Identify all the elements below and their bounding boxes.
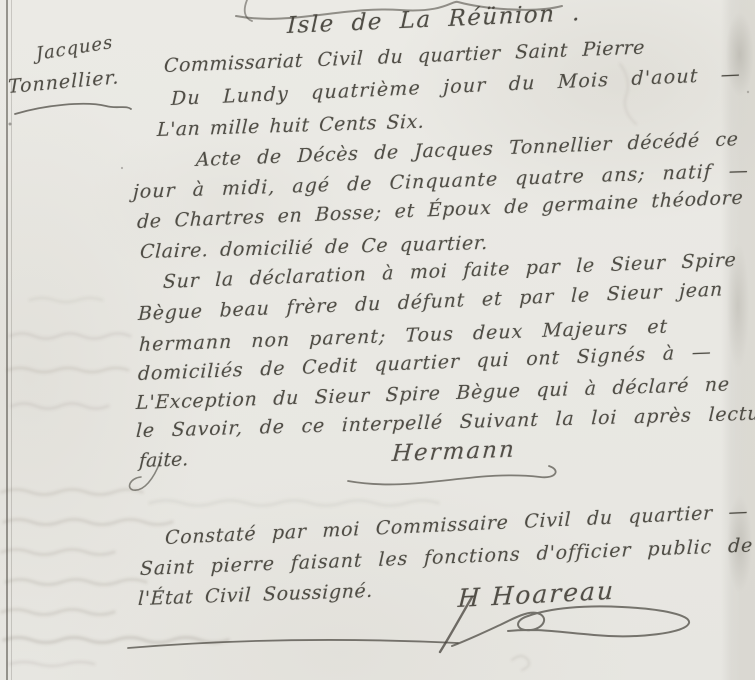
margin-underline-flourish [15, 104, 131, 114]
page-binding-edge [6, 0, 8, 680]
official-signature-paraph-loop [452, 606, 689, 646]
record-line: Claire. domicilié de Ce quartier. [140, 232, 489, 263]
bleed-through-squiggle [12, 404, 108, 409]
bleed-through-squiggle [6, 580, 146, 585]
official-signature: H Hoareau [457, 576, 616, 613]
bleed-through-squiggle [30, 298, 102, 302]
page-torn-edge [721, 0, 755, 680]
top-cut-flourish-stem [245, 0, 252, 21]
death-record-page: Isle de La Réünion . Jacques Tonnellier.… [0, 0, 755, 680]
witness-signature: Hermann [391, 437, 517, 467]
bleed-through-squiggle [2, 490, 142, 495]
witness-signature-flourish [348, 466, 556, 484]
bleed-through-squiggle [2, 550, 114, 555]
bleed-through-squiggle [2, 610, 114, 615]
bleed-through-squiggle [4, 638, 228, 643]
record-line: faite. [139, 448, 189, 472]
bleed-through-squiggle [150, 501, 438, 506]
bleed-through-stray-mark [512, 656, 529, 670]
ink-speck [121, 167, 123, 169]
page-binding-edge-light [11, 0, 12, 680]
bleed-through-squiggle [8, 368, 128, 372]
record-line: L'an mille huit Cents Six. [157, 111, 425, 141]
official-signature-underline [128, 640, 458, 648]
bleed-through-squiggle [10, 334, 130, 339]
margin-decedent-surname: Tonnellier. [8, 66, 120, 98]
margin-decedent-given-name: Jacques [35, 32, 114, 65]
record-line: l'État Civil Soussigné. [138, 580, 374, 610]
bleed-through-squiggle [10, 662, 94, 666]
region-title: Isle de La Réünion . [287, 0, 582, 39]
bleed-through-squiggle [4, 520, 172, 525]
